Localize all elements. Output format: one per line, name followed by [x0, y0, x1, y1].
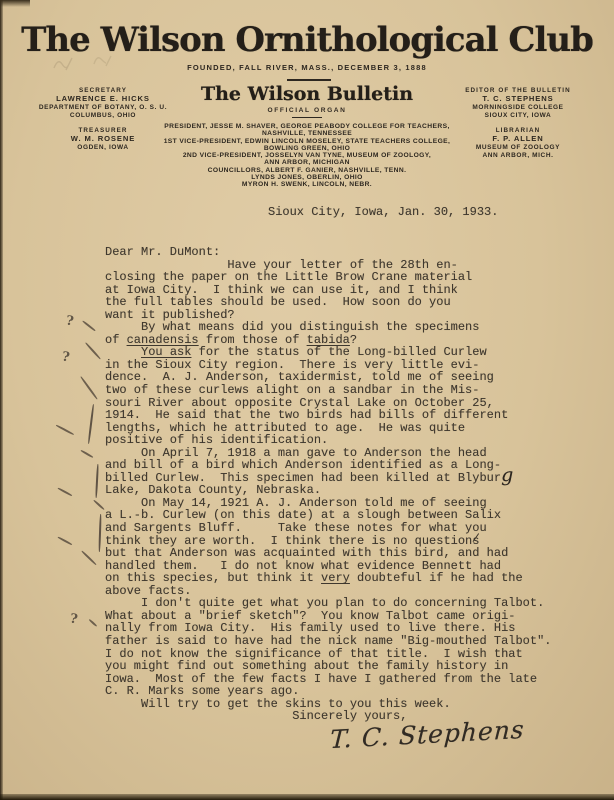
- librarian-city: ANN ARBOR, MICH.: [430, 152, 606, 161]
- pencil-slash-mark: [80, 376, 98, 400]
- divider-rule: [287, 79, 331, 81]
- editor-college: MORNINGSIDE COLLEGE: [430, 104, 606, 113]
- pencil-question-mark: ?: [69, 612, 79, 628]
- club-name-title: The Wilson Ornithological Club: [0, 20, 614, 60]
- pencil-question-mark: ?: [61, 350, 71, 366]
- editor-name: T. C. STEPHENS: [430, 95, 606, 104]
- pencil-slash-mark: [80, 450, 93, 458]
- pencil-slash-mark: [56, 425, 74, 436]
- dateline: Sioux City, Iowa, Jan. 30, 1933.: [268, 205, 498, 219]
- editor-librarian-block: EDITOR OF THE BULLETIN T. C. STEPHENS MO…: [430, 86, 606, 161]
- pencil-slash-mark: [57, 487, 72, 496]
- scan-edge-left: [0, 0, 3, 800]
- secretary-address: DEPARTMENT OF BOTANY, O. S. U.: [18, 104, 188, 113]
- letter-body: Dear Mr. DuMont: Have your letter of the…: [105, 246, 575, 723]
- pencil-question-mark: ?: [65, 314, 75, 330]
- pencil-vline-mark: [98, 514, 101, 552]
- secretary-name: LAWRENCE E. HICKS: [18, 95, 188, 104]
- pencil-slash-mark: [81, 550, 97, 565]
- officer-line: MYRON H. SWENK, LINCOLN, NEBR.: [120, 181, 494, 188]
- pencil-vline-mark: [88, 404, 95, 444]
- pencil-slash-mark: [93, 500, 105, 511]
- pencil-slash-mark: [85, 342, 101, 359]
- secretary-city: COLUMBUS, OHIO: [18, 112, 188, 121]
- officer-line: COUNCILLORS, ALBERT F. GANIER, NASHVILLE…: [120, 167, 494, 174]
- scan-edge-bottom: [0, 794, 614, 800]
- scan-edge-top-left: [0, 0, 30, 7]
- divider-rule-small: [292, 117, 322, 119]
- librarian-museum: MUSEUM OF ZOOLOGY: [430, 144, 606, 153]
- pencil-vline-mark: [95, 464, 99, 498]
- pencil-slash-mark: [89, 619, 98, 627]
- secretary-treasurer-block: SECRETARY LAWRENCE E. HICKS DEPARTMENT O…: [18, 86, 188, 152]
- pencil-slash-mark: [82, 320, 96, 331]
- founded-line: FOUNDED, FALL RIVER, MASS., DECEMBER 3, …: [0, 63, 614, 72]
- pencil-slash-mark: [57, 536, 72, 545]
- librarian-name: F. P. ALLEN: [430, 135, 606, 144]
- letter-page: The Wilson Ornithological Club FOUNDED, …: [0, 0, 614, 800]
- treasurer-city: OGDEN, IOWA: [18, 144, 188, 153]
- editor-city: SIOUX CITY, IOWA: [430, 112, 606, 121]
- officer-line: LYNDS JONES, OBERLIN, OHIO: [120, 174, 494, 181]
- treasurer-name: W. M. ROSENE: [18, 135, 188, 144]
